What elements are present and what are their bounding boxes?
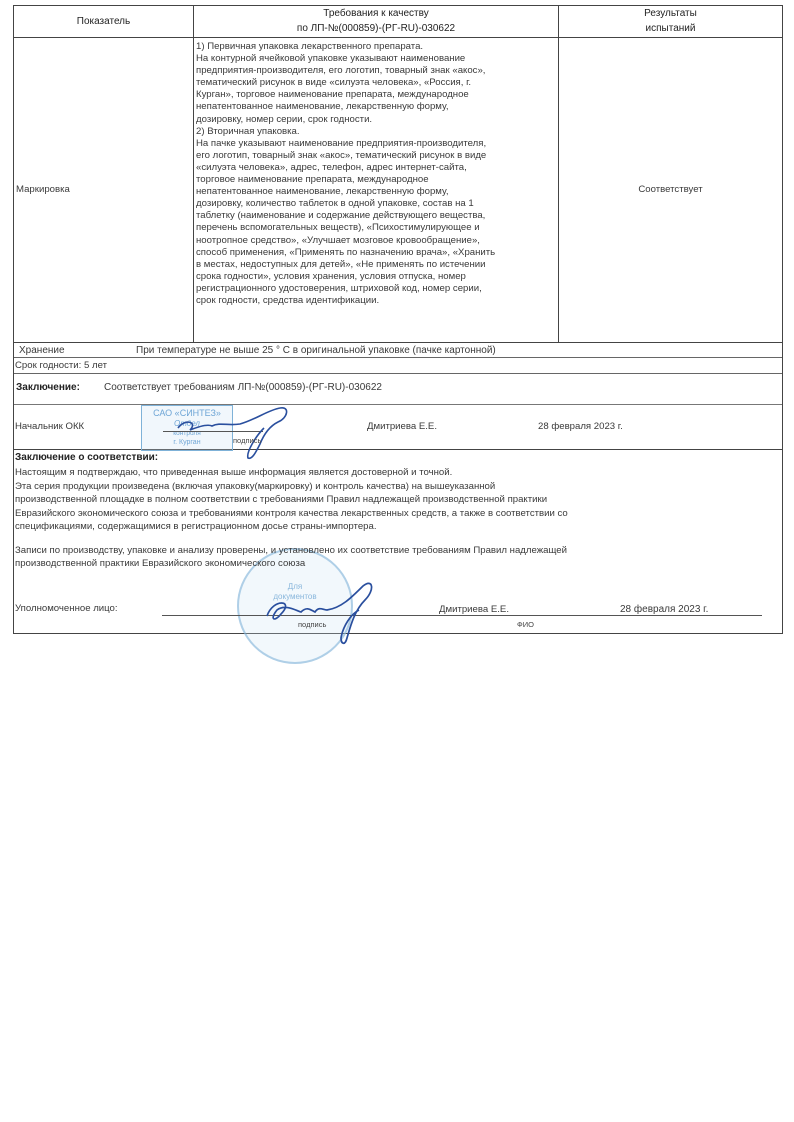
requirement-line: 1) Первичная упаковка лекарственного пре… xyxy=(196,41,556,53)
conclusion-label: Заключение: xyxy=(16,382,80,394)
requirement-line: торговое наименование препарата, междуна… xyxy=(196,174,556,186)
authorized-name-caption: ФИО xyxy=(517,619,534,631)
authorized-signature-caption: подпись xyxy=(298,619,326,631)
okk-signature-caption: подпись xyxy=(233,435,261,447)
requirement-line: На контурной ячейковой упаковке указываю… xyxy=(196,53,556,65)
requirement-line: ноотропное средство», «Улучшает мозговое… xyxy=(196,235,556,247)
requirement-line: срока годности», условия хранения, услов… xyxy=(196,271,556,283)
marking-requirements: 1) Первичная упаковка лекарственного пре… xyxy=(196,41,556,307)
header-bottom-border xyxy=(13,37,782,38)
compliance-line: Настоящим я подтверждаю, что приведенная… xyxy=(15,467,452,479)
requirement-line: перечень вспомогательных веществ), «Псих… xyxy=(196,222,556,234)
requirement-line: предприятия-производителя, его логотип, … xyxy=(196,65,556,77)
requirement-line: 2) Вторичная упаковка. xyxy=(196,126,556,138)
records-line: Записи по производству, упаковке и анали… xyxy=(15,545,567,557)
requirement-line: срок годности, средства идентификации. xyxy=(196,295,556,307)
header-requirements-line2: по ЛП-№(000859)-(РГ-RU)-030622 xyxy=(194,23,558,35)
header-results-line1: Результаты xyxy=(559,8,782,20)
okk-name: Дмитриева Е.Е. xyxy=(367,421,437,433)
marking-result: Соответствует xyxy=(559,184,782,196)
requirement-line: На пачке указывают наименование предприя… xyxy=(196,138,556,150)
column-divider-1 xyxy=(193,5,194,342)
requirement-line: тематический рисунок в виде «силуэта чел… xyxy=(196,77,556,89)
header-requirements-line1: Требования к качеству xyxy=(194,8,558,20)
marking-row-bottom-border xyxy=(13,342,782,343)
header-results-line2: испытаний xyxy=(559,23,782,35)
shelf-row-bottom-border xyxy=(13,373,782,374)
marking-indicator: Маркировка xyxy=(16,184,70,196)
okk-date: 28 февраля 2023 г. xyxy=(538,421,623,433)
requirement-line: в местах, недоступных для детей», «Не пр… xyxy=(196,259,556,271)
requirement-line: непатентованное наименование, лекарствен… xyxy=(196,101,556,113)
authorized-name: Дмитриева Е.Е. xyxy=(439,604,509,616)
conclusion-row-bottom-border xyxy=(13,404,782,405)
okk-signature-icon xyxy=(160,400,300,466)
table-top-border xyxy=(13,5,782,6)
authorized-date: 28 февраля 2023 г. xyxy=(620,604,708,616)
requirement-line: его логотип, товарный знак «акос», темат… xyxy=(196,150,556,162)
requirement-line: дозировку, номер серии, срок годности. xyxy=(196,114,556,126)
compliance-title: Заключение о соответствии: xyxy=(15,452,158,464)
okk-row-bottom-border xyxy=(13,449,782,450)
requirement-line: «силуэта человека», адрес, телефон, адре… xyxy=(196,162,556,174)
header-indicator: Показатель xyxy=(14,16,193,28)
conclusion-value: Соответствует требованиям ЛП-№(000859)-(… xyxy=(104,382,382,394)
requirement-line: непатентованное наименование, лекарствен… xyxy=(196,186,556,198)
requirement-line: Курган», торговое наименование препарата… xyxy=(196,89,556,101)
table-left-border xyxy=(13,5,14,634)
requirement-line: регистрационного удостоверения, штрихово… xyxy=(196,283,556,295)
table-right-border xyxy=(782,5,783,634)
storage-value: При температуре не выше 25 ° С в оригина… xyxy=(136,345,496,357)
table-bottom-border xyxy=(13,633,782,634)
shelf-life: Срок годности: 5 лет xyxy=(15,360,107,372)
compliance-line: производственной площадке в полном соотв… xyxy=(15,494,547,506)
authorized-role: Уполномоченное лицо: xyxy=(15,603,118,615)
requirement-line: таблетку (наименование и содержание дейс… xyxy=(196,210,556,222)
compliance-line: Евразийского экономического союза и треб… xyxy=(15,508,568,520)
compliance-line: Эта серия продукции произведена (включая… xyxy=(15,481,495,493)
storage-label: Хранение xyxy=(19,345,65,357)
compliance-line: спецификациями, содержащимися в регистра… xyxy=(15,521,377,533)
requirement-line: дозировку, количество таблеток в одной у… xyxy=(196,198,556,210)
authorized-signature-icon xyxy=(255,580,395,650)
okk-role: Начальник ОКК xyxy=(15,421,84,433)
storage-row-bottom-border xyxy=(13,357,782,358)
records-line: производственной практики Евразийского э… xyxy=(15,558,305,570)
column-divider-2 xyxy=(558,5,559,342)
requirement-line: способ применения, «Применять по назначе… xyxy=(196,247,556,259)
